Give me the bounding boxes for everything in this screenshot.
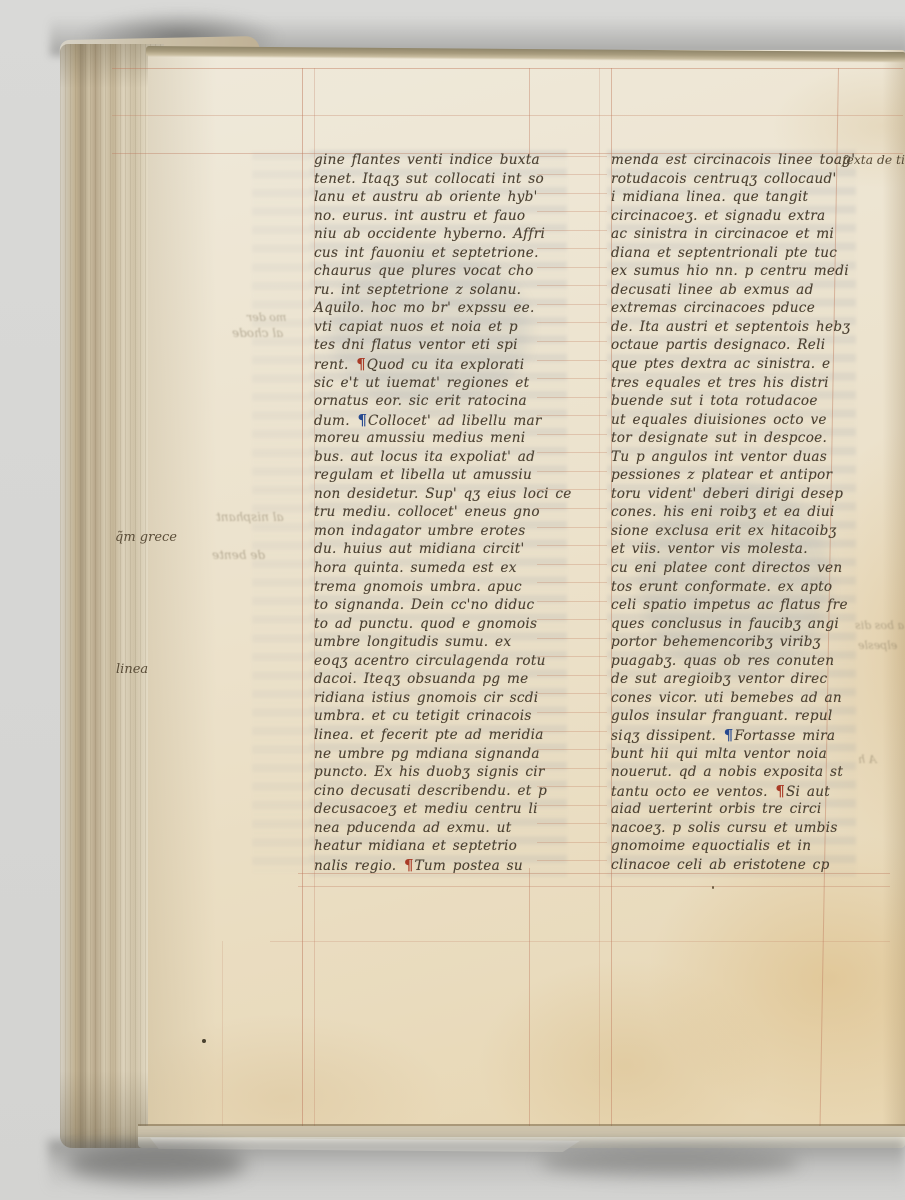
text-line: mon indagator umbre erotes — [314, 522, 566, 541]
text-line: siqʒ dissipent. ¶Fortasse mira — [611, 726, 856, 745]
ruling-horizontal — [270, 941, 890, 942]
text-line: gulos insular franguant. repul — [611, 707, 856, 726]
text-line: bunt hii qui mlta ventor noia — [611, 745, 856, 764]
margin-note-left-upper: q̃m grece — [115, 530, 177, 545]
text-line: ques conclusus in faucibʒ angi — [611, 615, 856, 634]
text-line: dum. ¶Collocet' ad libellu mar — [314, 411, 566, 430]
ruling-horizontal — [112, 68, 903, 69]
text-line: umbre longitudis sumu. ex — [314, 633, 566, 652]
text-line: gine flantes venti indice buxta — [314, 151, 566, 170]
red-pilcrow-mark: ¶ — [355, 355, 367, 373]
showthrough-note: mo der — [247, 311, 286, 324]
text-line: aiad uerterint orbis tre circi — [611, 800, 856, 819]
blue-pilcrow-mark: ¶ — [357, 411, 369, 429]
text-line: puagabʒ. quas ob res conuten — [611, 652, 856, 671]
text-line: extremas circinacoes pduce — [611, 299, 856, 318]
text-line: que ptes dextra ac sinistra. e — [611, 355, 856, 374]
text-line: no. eurus. int austru et fauo — [314, 207, 566, 226]
text-line: tes dni flatus ventor eti spi — [314, 336, 566, 355]
margin-note-header: ſexta de tiã — [842, 153, 905, 167]
text-line: du. huius aut midiana circit' — [314, 540, 566, 559]
ruling-vertical — [529, 68, 530, 156]
ruling-horizontal — [112, 115, 903, 116]
ruling-vertical — [599, 68, 600, 1128]
text-line: cu eni platee cont directos ven — [611, 559, 856, 578]
text-line: sic e't ut iuemat' regiones et — [314, 374, 566, 393]
showthrough-note: elpesle — [858, 639, 897, 652]
ruling-horizontal — [298, 886, 890, 887]
text-line: to signanda. Dein cc'no diduc — [314, 596, 566, 615]
text-line: rotudacois centruqʒ collocaud' — [611, 170, 856, 189]
manuscript-photo: gine flantes venti indice buxtatenet. It… — [0, 0, 905, 1200]
text-line: portor behemencoribʒ viribʒ — [611, 633, 856, 652]
text-line: menda est circinacois linee toag' — [611, 151, 856, 170]
text-line: cus int fauoniu et septetrione. — [314, 244, 566, 263]
text-line: de sut aregioibʒ ventor direc — [611, 670, 856, 689]
text-line: regulam et libella ut amussiu — [314, 466, 566, 485]
text-line: niu ab occidente hyberno. Affri — [314, 225, 566, 244]
ink-speck — [712, 886, 714, 889]
showthrough-note: A h — [858, 753, 877, 766]
text-line: puncto. Ex his duobʒ signis cir — [314, 763, 566, 782]
text-line: tor designate sut in despcoe. — [611, 429, 856, 448]
text-line: et viis. ventor vis molesta. — [611, 540, 856, 559]
ruling-vertical — [529, 868, 530, 1130]
text-line: ne umbre pg mdiana signanda — [314, 745, 566, 764]
text-line: chaurus que plures vocat cho — [314, 262, 566, 281]
text-line: nea pducenda ad exmu. ut — [314, 819, 566, 838]
text-line: moreu amussiu medius meni — [314, 429, 566, 448]
text-line: to ad punctu. quod e gnomois — [314, 615, 566, 634]
text-line: decusati linee ab exmus ad — [611, 281, 856, 300]
ruling-vertical — [222, 941, 223, 1129]
text-line: ac sinistra in circinacoe et mi — [611, 225, 856, 244]
text-line: linea. et fecerit pte ad meridia — [314, 726, 566, 745]
text-line: ex sumus hio nn. p centru medi — [611, 262, 856, 281]
text-line: nacoeʒ. p solis cursu et umbis — [611, 819, 856, 838]
text-line: celi spatio impetus ac flatus fre — [611, 596, 856, 615]
text-line: buende sut i tota rotudacoe — [611, 392, 856, 411]
text-line: hora quinta. sumeda est ex — [314, 559, 566, 578]
text-line: cones vicor. uti bemebes ad an — [611, 689, 856, 708]
text-line: vti capiat nuos et noia et p — [314, 318, 566, 337]
showthrough-note: de bente — [212, 548, 265, 562]
text-line: nouerut. qd a nobis exposita st — [611, 763, 856, 782]
text-line: Aquilo. hoc mo br' expssu ee. — [314, 299, 566, 318]
book-bottom-shadow — [66, 1146, 246, 1182]
text-line: circinacoeʒ. et signadu extra — [611, 207, 856, 226]
book-bottom-shadow — [540, 1150, 800, 1176]
text-line: tantu octo ee ventos. ¶Si aut — [611, 782, 856, 801]
text-line: tos erunt conformate. ex apto — [611, 578, 856, 597]
text-line: sione exclusa erit ex hitacoibʒ — [611, 522, 856, 541]
text-line: heatur midiana et septetrio — [314, 837, 566, 856]
text-line: bus. aut locus ita expoliat' ad — [314, 448, 566, 467]
text-line: ridiana istius gnomois cir scdi — [314, 689, 566, 708]
text-line: clinacoe celi ab eristotene cp — [611, 856, 856, 875]
text-line: dacoi. Iteqʒ obsuanda pg me — [314, 670, 566, 689]
text-line: nalis regio. ¶Tum postea su — [314, 856, 566, 875]
showthrough-note: a bos dis — [855, 619, 904, 632]
text-line: Tu p angulos int ventor duas — [611, 448, 856, 467]
text-column-2: menda est circinacois linee toag'rotudac… — [611, 151, 856, 874]
ink-speck — [202, 1039, 206, 1043]
text-line: umbra. et cu tetigit crinacois — [314, 707, 566, 726]
ruling-vertical — [302, 68, 303, 1128]
text-column-1: gine flantes venti indice buxtatenet. It… — [314, 151, 566, 874]
text-line: toru vident' deberi dirigi desep — [611, 485, 856, 504]
text-line: octaue partis designaco. Reli — [611, 336, 856, 355]
text-line: pessiones z platear et antipor — [611, 466, 856, 485]
text-line: gnomoime equoctialis et in — [611, 837, 856, 856]
text-line: ut equales diuisiones octo ve — [611, 411, 856, 430]
text-line: lanu et austru ab oriente hyb' — [314, 188, 566, 207]
text-line: rent. ¶Quod cu ita explorati — [314, 355, 566, 374]
text-line: tru mediu. collocet' eneus gno — [314, 503, 566, 522]
text-line: cones. his eni roibʒ et ea diui — [611, 503, 856, 522]
text-line: decusacoeʒ et mediu centru li — [314, 800, 566, 819]
margin-note-left-lower: linea — [116, 662, 148, 677]
text-line: diana et septentrionali pte tuc — [611, 244, 856, 263]
showthrough-note: al chode — [232, 326, 283, 340]
blue-pilcrow-mark: ¶ — [723, 726, 735, 744]
red-pilcrow-mark: ¶ — [774, 782, 786, 800]
text-line: tres equales et tres his distri — [611, 374, 856, 393]
text-line: ru. int septetrione z solanu. — [314, 281, 566, 300]
text-line: eoqʒ acentro circulagenda rotu — [314, 652, 566, 671]
text-line: trema gnomois umbra. apuc — [314, 578, 566, 597]
text-line: tenet. Itaqʒ sut collocati int so — [314, 170, 566, 189]
text-line: cino decusati describendu. et p — [314, 782, 566, 801]
text-line: non desidetur. Sup' qʒ eius loci ce — [314, 485, 566, 504]
text-line: de. Ita austri et septentois hebʒ — [611, 318, 856, 337]
text-line: i midiana linea. que tangit — [611, 188, 856, 207]
showthrough-note: al nisphant — [216, 510, 284, 524]
red-pilcrow-mark: ¶ — [403, 856, 415, 874]
text-line: ornatus eor. sic erit ratocina — [314, 392, 566, 411]
